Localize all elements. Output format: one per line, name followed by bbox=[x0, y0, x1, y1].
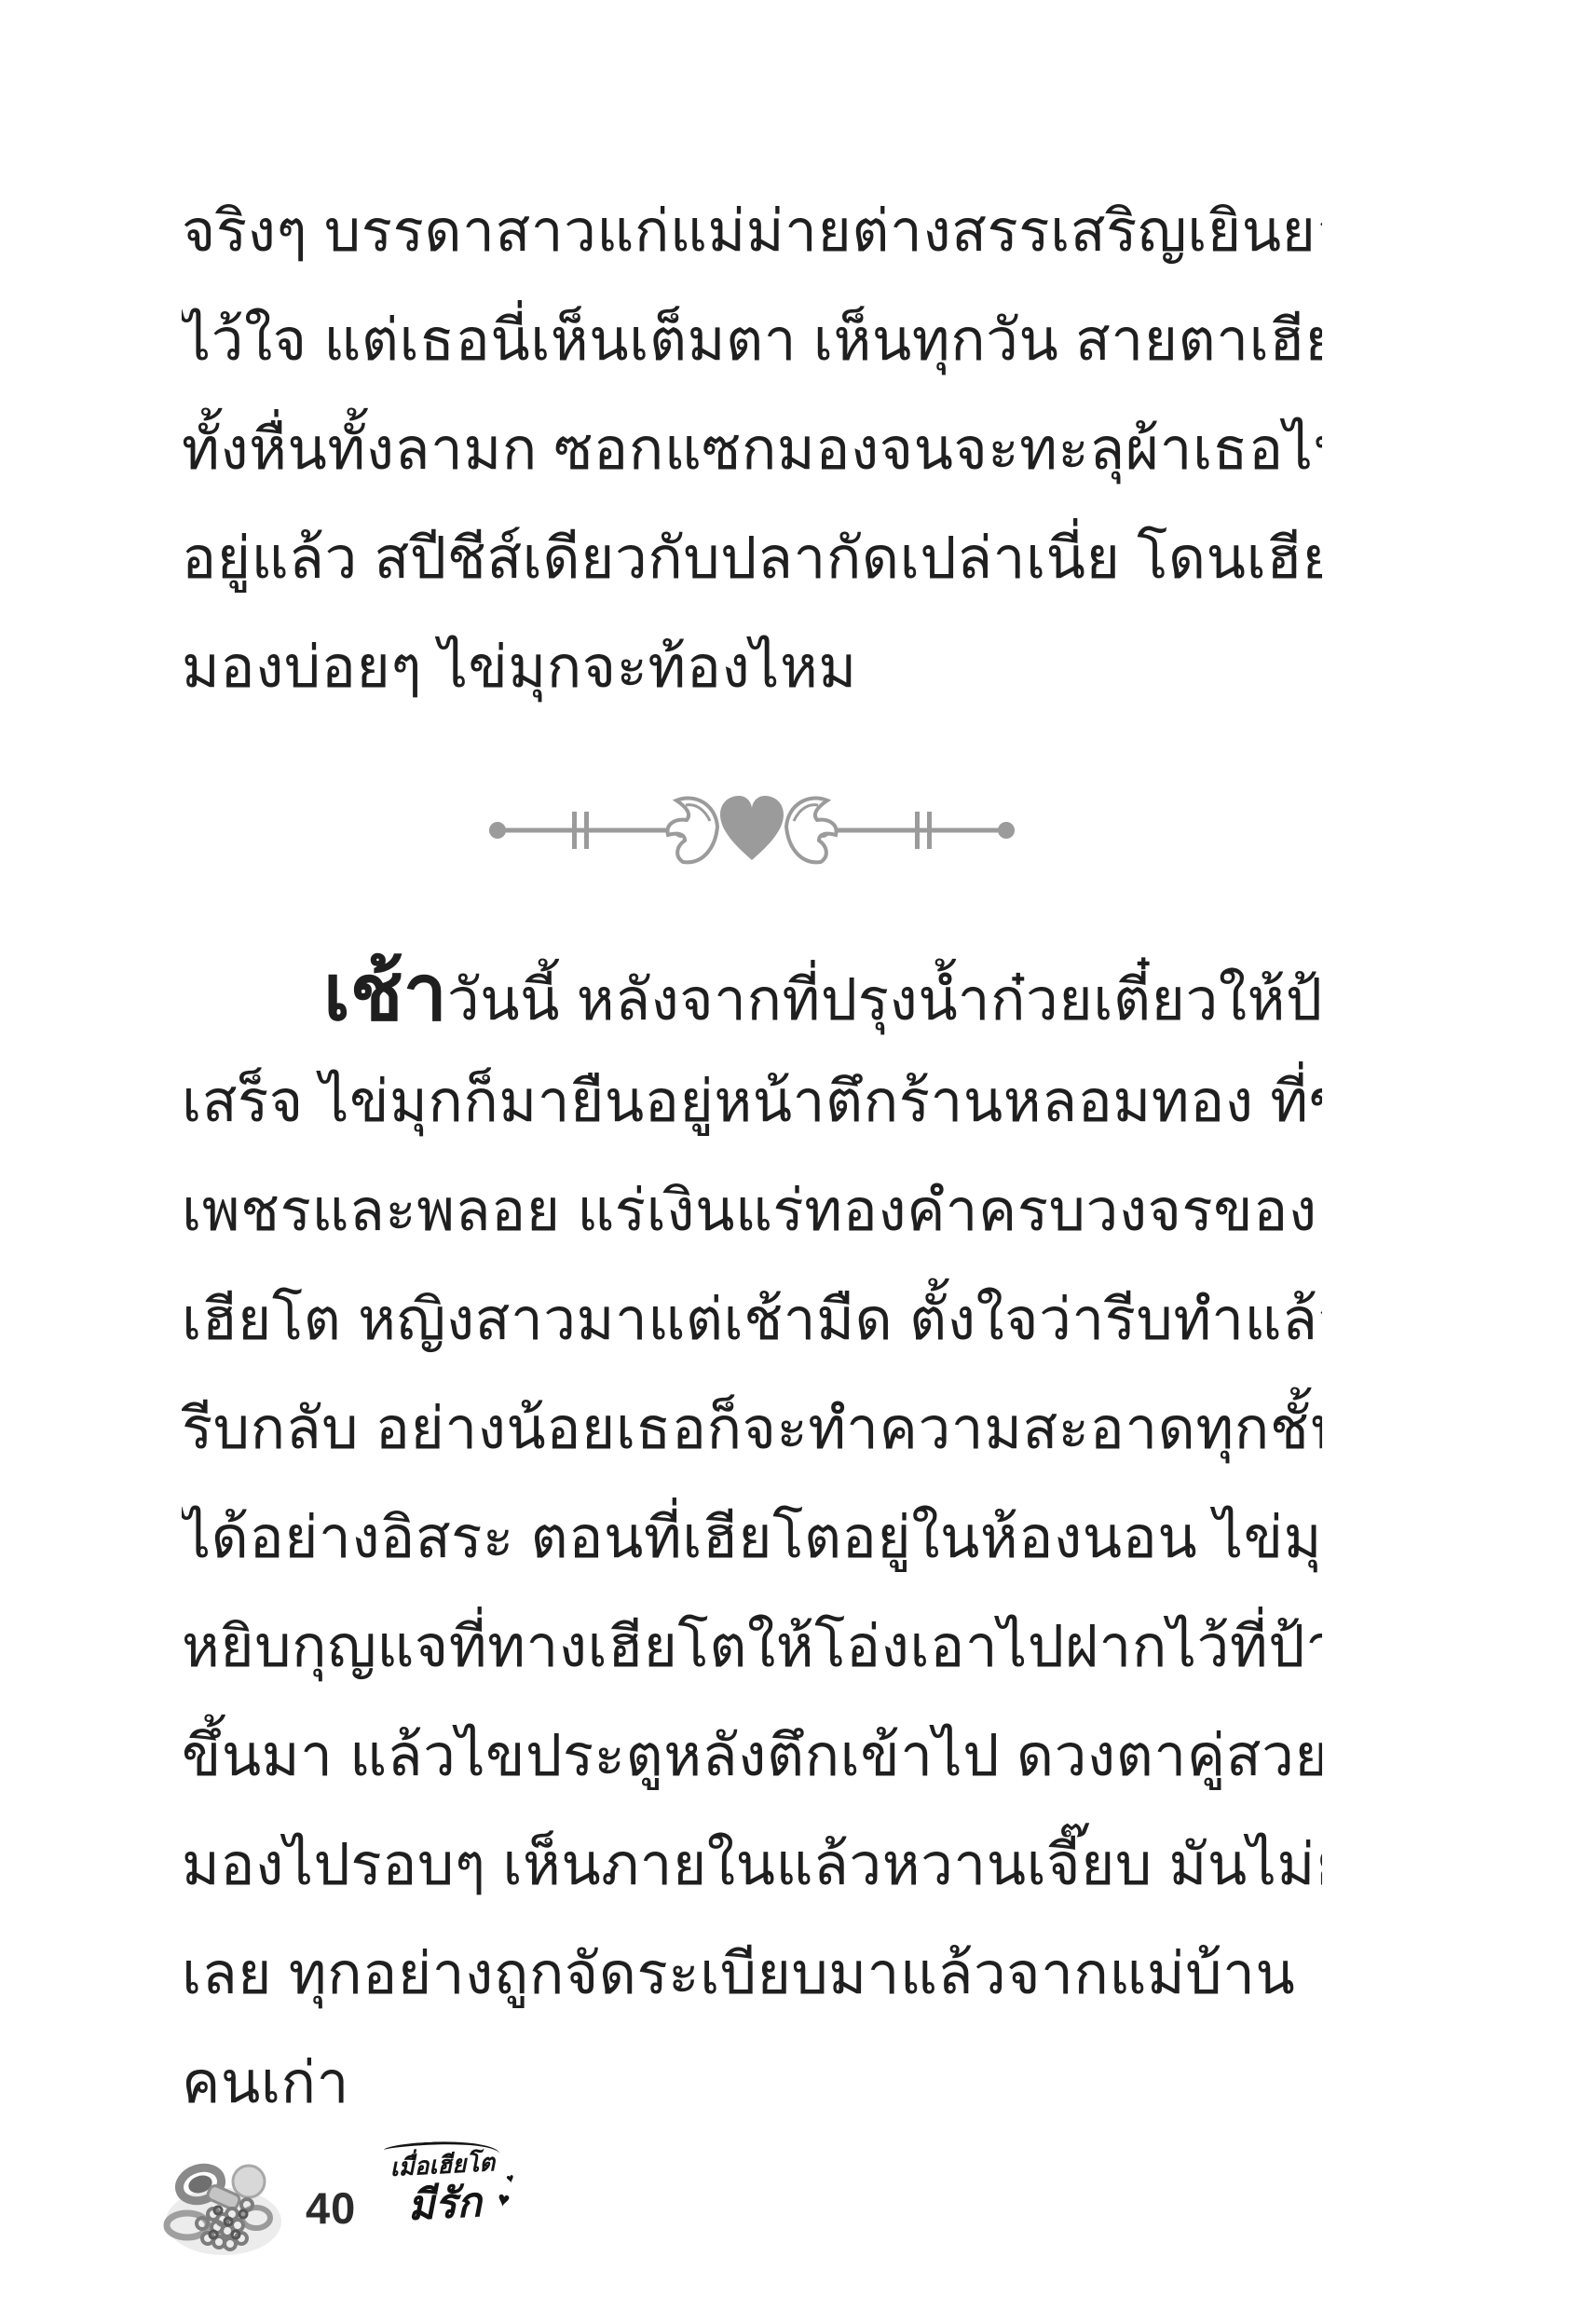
text-line: เสร็จ ไข่มุกก็มายืนอยู่หน้าตึกร้านหลอมทอ… bbox=[182, 1047, 1322, 1156]
paragraph-2: เช้าวันนี้ หลังจากที่ปรุงน้ำก๋วยเตี๋ยวให… bbox=[182, 938, 1322, 2138]
jewelry-pile-image bbox=[159, 2156, 288, 2259]
divider-left-tick-1 bbox=[572, 812, 577, 849]
wing-right-icon bbox=[786, 799, 837, 863]
divider-left-tick-2 bbox=[584, 812, 589, 849]
page-text-block: จริงๆ บรรดาสาวแก่แม่ม่ายต่างสรรเสริญเยิน… bbox=[182, 177, 1322, 2148]
text-line: มองไปรอบๆ เห็นภายในแล้วหวานเจี๊ยบ มันไม่… bbox=[182, 1811, 1322, 1920]
logo-title-line-1: เมื่อเฮียโต bbox=[384, 2139, 501, 2184]
text-line: เลย ทุกอย่างถูกจัดระเบียบมาแล้วจากแม่บ้า… bbox=[182, 1920, 1322, 2029]
divider-right-end-dot bbox=[998, 822, 1015, 839]
divider-right-tick-1 bbox=[915, 812, 920, 849]
text-line: คนเก่า bbox=[182, 2029, 1322, 2138]
text-line: ทั้งหื่นทั้งลามก ซอกแซกมองจนจะทะลุผ้าเธอ… bbox=[182, 395, 1322, 504]
text-line: หยิบกุญแจที่ทางเฮียโตให้โอ่งเอาไปฝากไว้ท… bbox=[182, 1593, 1322, 1702]
text-line: ได้อย่างอิสระ ตอนที่เฮียโตอยู่ในห้องนอน … bbox=[182, 1484, 1322, 1593]
logo-title-line-2: มีรัก bbox=[386, 2179, 503, 2231]
scene-break-divider bbox=[182, 722, 1322, 938]
paragraph-1: จริงๆ บรรดาสาวแก่แม่ม่ายต่างสรรเสริญเยิน… bbox=[182, 177, 1322, 722]
wing-left-icon bbox=[667, 799, 717, 863]
page-number: 40 bbox=[306, 2186, 356, 2230]
winged-heart-divider-graphic bbox=[488, 774, 1016, 886]
text-line-lead: เช้าวันนี้ หลังจากที่ปรุงน้ำก๋วยเตี๋ยวให… bbox=[182, 938, 1322, 1047]
text-line: รีบกลับ อย่างน้อยเธอก็จะทำความสะอาดทุกชั… bbox=[182, 1374, 1322, 1484]
paragraph-lead-word: เช้า bbox=[323, 949, 447, 1036]
lead-line-rest: วันนี้ หลังจากที่ปรุงน้ำก๋วยเตี๋ยวให้ป้า… bbox=[447, 968, 1322, 1032]
book-title-logo: เมื่อเฮียโต มีรัก ♥ ♥ bbox=[384, 2139, 504, 2231]
heart-icon: ♥ bbox=[505, 2172, 516, 2188]
text-line: ไว้ใจ แต่เธอนี่เห็นเต็มตา เห็นทุกวัน สาย… bbox=[182, 286, 1322, 395]
heart-icon bbox=[720, 796, 784, 860]
text-line: อยู่แล้ว สปีชีส์เดียวกับปลากัดเปล่าเนี่ย… bbox=[182, 504, 1322, 613]
text-line: เฮียโต หญิงสาวมาแต่เช้ามืด ตั้งใจว่ารีบท… bbox=[182, 1265, 1322, 1374]
text-line: เพชรและพลอย แร่เงินแร่ทองคำครบวงจรของ bbox=[182, 1156, 1322, 1265]
text-line: จริงๆ บรรดาสาวแก่แม่ม่ายต่างสรรเสริญเยิน… bbox=[182, 177, 1322, 286]
book-page: จริงๆ บรรดาสาวแก่แม่ม่ายต่างสรรเสริญเยิน… bbox=[0, 0, 1596, 2311]
text-line: มองบ่อยๆ ไข่มุกจะท้องไหม bbox=[182, 613, 1322, 722]
text-line: ขึ้นมา แล้วไขประตูหลังตึกเข้าไป ดวงตาคู่… bbox=[182, 1702, 1322, 1811]
divider-right-tick-2 bbox=[927, 812, 932, 849]
